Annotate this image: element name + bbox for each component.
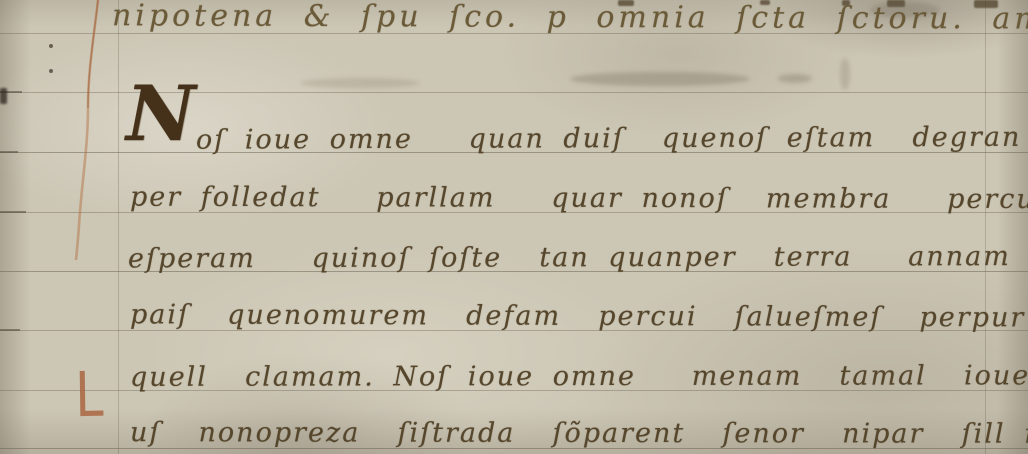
show-through-smudge — [778, 74, 812, 83]
text-line-latin: nipotena & ſpu ſco. p omnia ſcta ſctoru.… — [112, 1, 1028, 34]
text-line-poem-5: quell clamam. Noſ ioue omne menam tamal … — [130, 362, 1028, 391]
margin-ruling-line — [118, 0, 119, 454]
ruling-tick — [0, 329, 20, 331]
margin-mark-L: L — [75, 364, 104, 427]
show-through-smudge — [570, 72, 750, 86]
show-through-smudge — [840, 58, 850, 90]
text-line-poem-3: eſperam quinoſ ſoſte tan quanper terra a… — [128, 243, 1028, 273]
show-through-smudge — [300, 78, 420, 88]
text-line-poem-4: paiſ quenomurem defam percui ſalueſmeſ p… — [130, 301, 1028, 331]
manuscript-page: nipotena & ſpu ſco. p omnia ſcta ſctoru.… — [0, 0, 1028, 454]
text-line-poem-2: per folledat parllam quar nonoſ membra p… — [130, 184, 1028, 214]
page-edge-blot — [0, 88, 7, 104]
ruling-tick — [0, 211, 26, 213]
pricking-dot — [49, 44, 53, 48]
ruling-tick — [0, 151, 18, 153]
pricking-dot — [49, 69, 53, 73]
text-line-poem-1: oſ ioue omne quan duiſ quenoſ eſtam degr… — [196, 123, 1028, 153]
text-line-poem-6: uſ nonopreza ſiſtrada ſõparent ſenor nip… — [130, 419, 1028, 448]
initial-letter-N: N — [126, 76, 195, 152]
